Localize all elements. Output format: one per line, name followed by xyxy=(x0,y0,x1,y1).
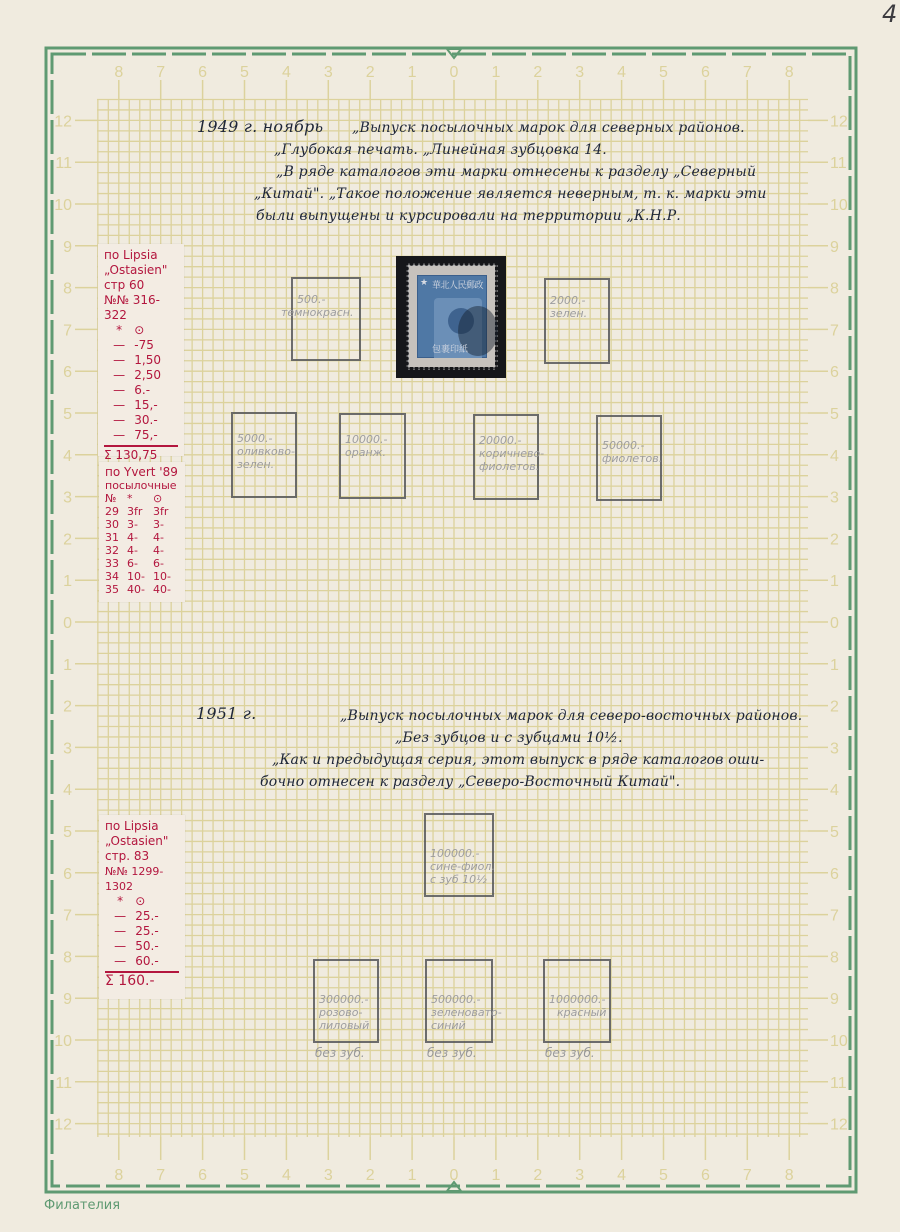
svg-text:6: 6 xyxy=(701,1167,710,1184)
svg-text:5: 5 xyxy=(63,406,72,423)
stamp-placeholder: 5000.-оливково-зелен. xyxy=(231,412,297,498)
svg-text:6: 6 xyxy=(830,364,839,381)
slip-header-line: посылочные xyxy=(105,479,179,492)
svg-text:4: 4 xyxy=(282,1167,291,1184)
price-row: 3540-40- xyxy=(105,583,179,596)
stamp-placeholder: 500.-темнокрасн. xyxy=(291,277,361,361)
svg-text:5: 5 xyxy=(830,824,839,841)
star-icon: ★ xyxy=(420,278,428,288)
album-page: 4 88776655443322110011223344556677881212… xyxy=(0,0,900,1232)
svg-text:3: 3 xyxy=(63,740,72,757)
svg-text:8: 8 xyxy=(114,1167,123,1184)
stamp-placeholder: 10000.-оранж. xyxy=(339,413,406,499)
svg-text:9: 9 xyxy=(830,991,839,1008)
text-1949-line-3: „В ряде каталогов эти марки отнесены к р… xyxy=(276,164,756,180)
slip-header-line: по Yvert '89 xyxy=(105,466,179,479)
svg-text:4: 4 xyxy=(63,782,72,799)
slip-header-line: №№ 1299-1302 xyxy=(105,864,179,894)
svg-text:1: 1 xyxy=(491,64,500,81)
svg-text:2: 2 xyxy=(830,531,839,548)
stamp-placeholder: 50000.-фиолетов. xyxy=(596,415,662,501)
svg-text:6: 6 xyxy=(63,866,72,883)
stamp-placeholder: 1000000.-красный без зуб. xyxy=(543,959,611,1043)
svg-text:4: 4 xyxy=(63,448,72,465)
svg-text:3: 3 xyxy=(324,1167,333,1184)
svg-text:0: 0 xyxy=(830,615,839,632)
svg-text:5: 5 xyxy=(830,406,839,423)
svg-text:12: 12 xyxy=(54,113,72,130)
svg-text:6: 6 xyxy=(63,364,72,381)
svg-text:11: 11 xyxy=(830,155,847,172)
svg-text:1: 1 xyxy=(63,657,72,674)
svg-text:6: 6 xyxy=(701,64,710,81)
price-row: 303-3- xyxy=(105,518,179,531)
svg-text:4: 4 xyxy=(830,782,839,799)
slip-header-line: по Lipsia xyxy=(104,248,178,263)
text-1951-line-2: „Без зубцов и с зубцами 10½. xyxy=(395,730,623,746)
svg-text:2: 2 xyxy=(533,64,542,81)
price-row: —60.- xyxy=(105,954,179,969)
svg-text:4: 4 xyxy=(830,448,839,465)
stamp-placeholder: 500000.-зеленовато-синий без зуб. xyxy=(425,959,493,1043)
stamp-placeholder: 300000.-розово-лиловый без зуб. xyxy=(313,959,379,1043)
svg-text:8: 8 xyxy=(785,1167,794,1184)
catalog-slip-yvert: по Yvert '89 посылочные №*⊙ 293fr3fr 303… xyxy=(99,462,185,602)
svg-text:3: 3 xyxy=(575,1167,584,1184)
svg-text:3: 3 xyxy=(63,490,72,507)
svg-text:4: 4 xyxy=(617,1167,626,1184)
text-1951-line-1: „Выпуск посылочных марок для северо-вост… xyxy=(340,708,802,724)
slip-header-line: „Ostasien" xyxy=(104,263,178,278)
svg-text:2: 2 xyxy=(63,531,72,548)
svg-text:9: 9 xyxy=(63,991,72,1008)
svg-text:7: 7 xyxy=(156,64,165,81)
svg-text:10: 10 xyxy=(830,1033,848,1050)
stamp-locomotive: ★ 華北人民郵政 包裹印紙 xyxy=(396,256,506,378)
svg-text:5: 5 xyxy=(659,1167,668,1184)
slip-header-line: по Lipsia xyxy=(105,819,179,834)
svg-text:2: 2 xyxy=(63,699,72,716)
svg-text:11: 11 xyxy=(55,1075,72,1092)
price-row: 324-4- xyxy=(105,544,179,557)
stamp-placeholder: 100000.-сине-фиол.с зуб 10½ xyxy=(424,813,494,897)
price-row: —-75 xyxy=(104,338,178,353)
price-row: —25.- xyxy=(105,909,179,924)
svg-text:7: 7 xyxy=(743,1167,752,1184)
svg-text:8: 8 xyxy=(63,281,72,298)
svg-text:4: 4 xyxy=(282,64,291,81)
svg-text:0: 0 xyxy=(63,615,72,632)
svg-text:2: 2 xyxy=(366,64,375,81)
svg-text:11: 11 xyxy=(830,1075,847,1092)
col-mint: * xyxy=(104,323,134,338)
svg-text:11: 11 xyxy=(55,155,72,172)
catalog-slip-lipsia-1949: по Lipsia „Ostasien" стр 60 №№ 316-322 *… xyxy=(98,244,184,456)
svg-text:7: 7 xyxy=(63,322,72,339)
svg-text:8: 8 xyxy=(63,949,72,966)
price-row: —30.- xyxy=(104,413,178,428)
price-row: 314-4- xyxy=(105,531,179,544)
svg-text:1: 1 xyxy=(830,573,839,590)
svg-text:6: 6 xyxy=(198,64,207,81)
text-1949-line-2: „Глубокая печать. „Линейная зубцовка 14. xyxy=(274,142,607,158)
stamp-placeholder: 2000.-зелен. xyxy=(544,278,610,364)
svg-text:5: 5 xyxy=(240,1167,249,1184)
svg-text:1: 1 xyxy=(830,657,839,674)
svg-text:3: 3 xyxy=(324,64,333,81)
svg-text:5: 5 xyxy=(63,824,72,841)
svg-text:2: 2 xyxy=(366,1167,375,1184)
svg-text:7: 7 xyxy=(743,64,752,81)
slip-header-line: „Ostasien" xyxy=(105,834,179,849)
svg-text:7: 7 xyxy=(830,908,839,925)
stamp-title: 華北人民郵政 xyxy=(432,278,483,291)
svg-text:12: 12 xyxy=(830,1117,848,1134)
text-1949-line-5: были выпущены и курсировали на территори… xyxy=(256,208,681,224)
text-1951-line-4: бочно отнесен к разделу „Северо-Восточны… xyxy=(260,774,680,790)
text-1949-line-4: „Китай". „Такое положение является невер… xyxy=(254,186,767,202)
price-row: 336-6- xyxy=(105,557,179,570)
svg-text:9: 9 xyxy=(830,239,839,256)
svg-text:5: 5 xyxy=(240,64,249,81)
slip-header-line: №№ 316-322 xyxy=(104,293,178,323)
slip-header-line: стр. 83 xyxy=(105,849,179,864)
date-1951: 1951 г. xyxy=(196,704,256,723)
date-1949: 1949 г. ноябрь xyxy=(197,117,323,136)
svg-text:10: 10 xyxy=(830,197,848,214)
slip-total: Σ 130,75 xyxy=(104,445,178,463)
price-row: —15,- xyxy=(104,398,178,413)
price-row: —6.- xyxy=(104,383,178,398)
svg-text:9: 9 xyxy=(63,239,72,256)
footer-brand: Филателия xyxy=(44,1198,120,1213)
text-1951-line-3: „Как и предыдущая серия, этот выпуск в р… xyxy=(272,752,764,768)
price-row: —50.- xyxy=(105,939,179,954)
svg-text:10: 10 xyxy=(54,1033,72,1050)
stamp-bottom-text: 包裹印紙 xyxy=(432,342,468,355)
svg-text:1: 1 xyxy=(408,1167,417,1184)
svg-text:1: 1 xyxy=(491,1167,500,1184)
svg-text:3: 3 xyxy=(830,740,839,757)
text-1949-line-1: „Выпуск посылочных марок для северных ра… xyxy=(352,120,745,136)
svg-text:7: 7 xyxy=(830,322,839,339)
svg-text:8: 8 xyxy=(830,949,839,966)
svg-text:12: 12 xyxy=(830,113,848,130)
price-row: 3410-10- xyxy=(105,570,179,583)
svg-text:8: 8 xyxy=(114,64,123,81)
catalog-slip-lipsia-1951: по Lipsia „Ostasien" стр. 83 №№ 1299-130… xyxy=(99,815,185,999)
svg-text:7: 7 xyxy=(63,908,72,925)
svg-text:1: 1 xyxy=(63,573,72,590)
svg-text:8: 8 xyxy=(785,64,794,81)
svg-text:10: 10 xyxy=(54,197,72,214)
price-row: —1,50 xyxy=(104,353,178,368)
svg-text:3: 3 xyxy=(830,490,839,507)
svg-text:4: 4 xyxy=(617,64,626,81)
price-row: —75,- xyxy=(104,428,178,443)
col-used: ⊙ xyxy=(134,323,178,338)
svg-text:6: 6 xyxy=(198,1167,207,1184)
slip-total: Σ 160.- xyxy=(105,971,179,989)
price-row: —2,50 xyxy=(104,368,178,383)
svg-text:7: 7 xyxy=(156,1167,165,1184)
price-row: 293fr3fr xyxy=(105,505,179,518)
slip-header-line: стр 60 xyxy=(104,278,178,293)
svg-text:2: 2 xyxy=(533,1167,542,1184)
svg-text:1: 1 xyxy=(408,64,417,81)
col-mint: * xyxy=(105,894,135,909)
svg-text:3: 3 xyxy=(575,64,584,81)
stamp-placeholder: 20000.-коричнево-фиолетов. xyxy=(473,414,539,500)
svg-text:0: 0 xyxy=(450,64,459,81)
col-used: ⊙ xyxy=(135,894,179,909)
svg-text:5: 5 xyxy=(659,64,668,81)
svg-text:8: 8 xyxy=(830,281,839,298)
svg-text:12: 12 xyxy=(54,1117,72,1134)
svg-text:6: 6 xyxy=(830,866,839,883)
svg-text:2: 2 xyxy=(830,699,839,716)
price-row: —25.- xyxy=(105,924,179,939)
